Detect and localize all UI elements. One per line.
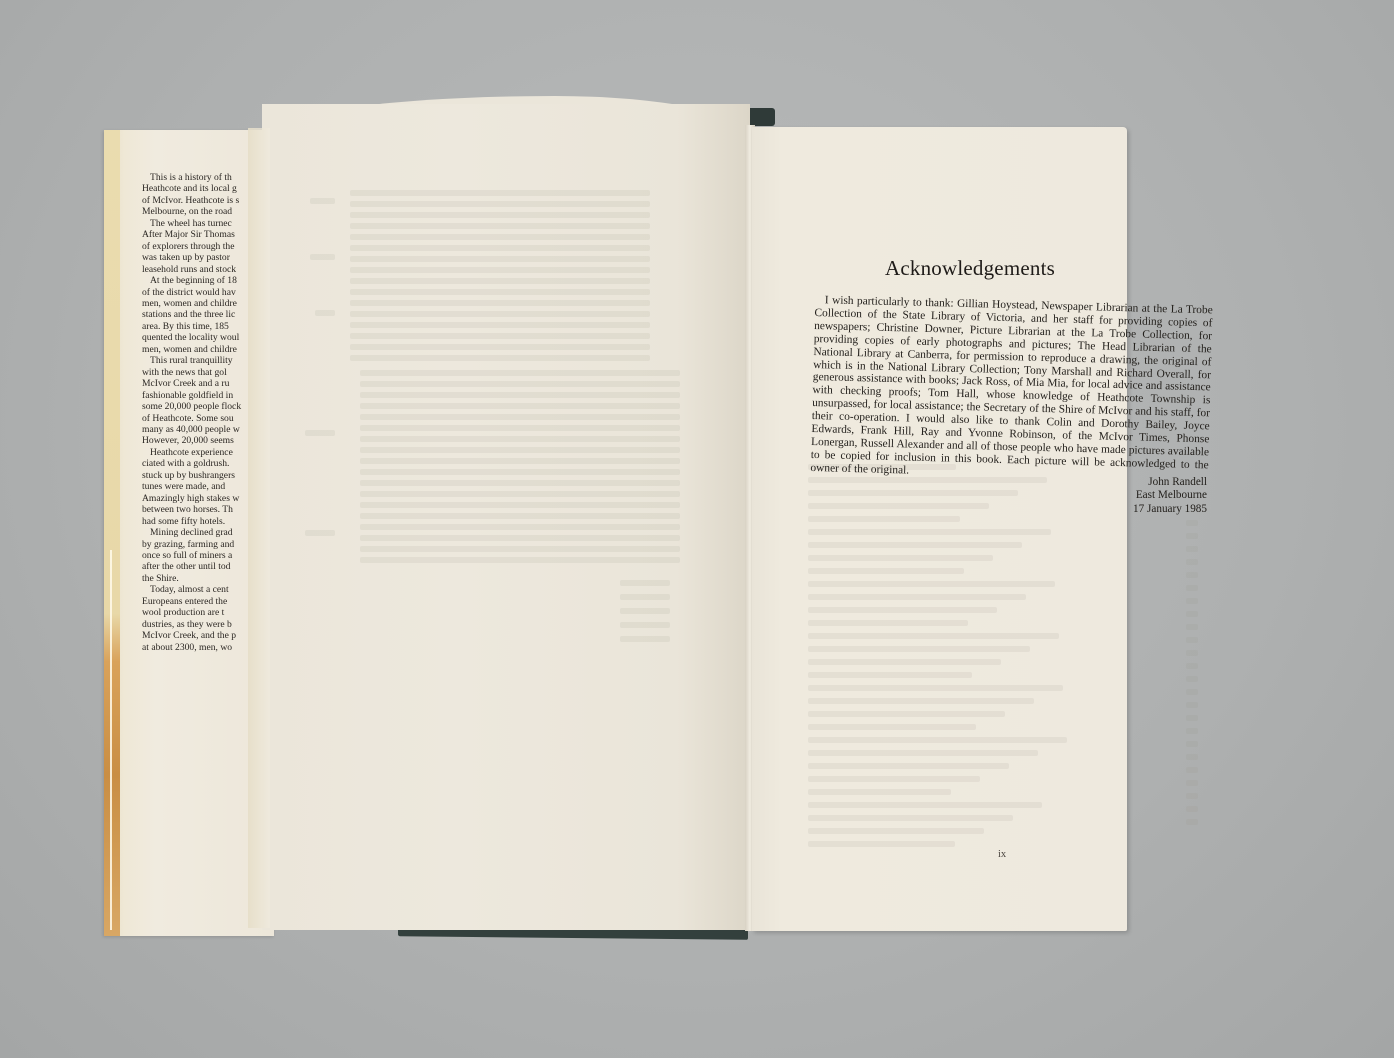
show-through-line: [360, 535, 680, 541]
jacket-text-line: stuck up by bushrangers: [142, 470, 252, 481]
show-through-line: [360, 502, 680, 508]
jacket-text-line: after the other until tod: [142, 561, 252, 572]
show-through-line: [808, 698, 1034, 704]
show-through-line: [350, 289, 650, 295]
show-through-line: [360, 458, 680, 464]
show-through-line: [1186, 780, 1198, 786]
jacket-text-line: men, women and childre: [142, 344, 252, 355]
show-through-line: [350, 300, 650, 306]
show-through-line: [350, 212, 650, 218]
jacket-text-line: of explorers through the: [142, 241, 252, 252]
show-through-line: [350, 245, 650, 251]
show-through-line: [808, 542, 1022, 548]
jacket-text-line: At the beginning of 18: [142, 275, 252, 286]
show-through-line: [808, 646, 1030, 652]
jacket-text-line: Heathcote experience: [142, 447, 252, 458]
show-through-line: [350, 344, 650, 350]
show-through-line: [1186, 806, 1198, 812]
show-through-line: [808, 711, 1005, 717]
jacket-text-line: Heathcote and its local g: [142, 183, 252, 194]
show-through-line: [808, 776, 980, 782]
jacket-text-line: area. By this time, 185: [142, 321, 252, 332]
show-through-line: [310, 254, 335, 260]
signature-date: 17 January 1985: [1090, 503, 1207, 516]
show-through-line: [350, 278, 650, 284]
page-title: Acknowledgements: [752, 256, 1188, 281]
show-through-line: [350, 201, 650, 207]
jacket-text-line: ciated with a goldrush.: [142, 458, 252, 469]
signature-block: John Randell East Melbourne 17 January 1…: [1090, 476, 1207, 516]
show-through-line: [620, 636, 670, 642]
show-through-line: [1186, 767, 1198, 773]
jacket-text-line: once so full of miners a: [142, 550, 252, 561]
show-through-line: [1186, 585, 1198, 591]
jacket-text-line: The wheel has turnec: [142, 218, 252, 229]
jacket-text-line: by grazing, farming and: [142, 539, 252, 550]
show-through-line: [350, 355, 650, 361]
show-through-line: [808, 750, 1038, 756]
show-through-line: [310, 198, 335, 204]
show-through-line: [360, 546, 680, 552]
jacket-text-line: This rural tranquillity: [142, 355, 252, 366]
show-through-line: [808, 594, 1026, 600]
show-through-line: [360, 370, 680, 376]
show-through-line: [360, 392, 680, 398]
show-through-line: [360, 557, 680, 563]
show-through-line: [1186, 611, 1198, 617]
show-through-line: [620, 594, 670, 600]
show-through-line: [808, 503, 989, 509]
jacket-text-line: Melbourne, on the road: [142, 206, 252, 217]
jacket-text-line: This is a history of th: [142, 172, 252, 183]
show-through-line: [1186, 689, 1198, 695]
jacket-text-line: stations and the three lic: [142, 309, 252, 320]
show-through-line: [1186, 741, 1198, 747]
show-through-line: [808, 516, 960, 522]
jacket-text-line: with the news that gol: [142, 367, 252, 378]
jacket-text-line: was taken up by pastor: [142, 252, 252, 263]
show-through-line: [350, 223, 650, 229]
jacket-text-line: quented the locality woul: [142, 332, 252, 343]
jacket-text-line: dustries, as they were b: [142, 619, 252, 630]
show-through-line: [1186, 663, 1198, 669]
show-through-line: [350, 234, 650, 240]
jacket-edge-gloss: [110, 550, 112, 930]
show-through-line: [1186, 715, 1198, 721]
show-through-line: [1186, 702, 1198, 708]
show-through-line: [808, 659, 1001, 665]
jacket-text-line: McIvor Creek and a ru: [142, 378, 252, 389]
show-through-line: [808, 490, 1018, 496]
jacket-text-line: Today, almost a cent: [142, 584, 252, 595]
show-through-line: [360, 447, 680, 453]
author-name: John Randell: [1090, 476, 1207, 489]
jacket-text-line: at about 2300, men, wo: [142, 642, 252, 653]
show-through-line: [1186, 572, 1198, 578]
show-through-line: [808, 672, 972, 678]
page-number: ix: [998, 849, 1006, 860]
acknowledgements-paragraph: I wish particularly to thank: Gillian Ho…: [810, 294, 1213, 485]
jacket-text-line: had some fifty hotels.: [142, 516, 252, 527]
show-through-line: [305, 430, 335, 436]
show-through-line: [360, 524, 680, 530]
show-through-line: [1186, 650, 1198, 656]
show-through-line: [808, 737, 1067, 743]
show-through-line: [808, 607, 997, 613]
show-through-line: [360, 403, 680, 409]
show-through-line: [808, 529, 1051, 535]
author-place: East Melbourne: [1090, 489, 1207, 502]
show-through-line: [808, 620, 968, 626]
show-through-line: [808, 633, 1059, 639]
show-through-line: [1186, 598, 1198, 604]
jacket-text-line: However, 20,000 seems: [142, 435, 252, 446]
show-through-line: [1186, 676, 1198, 682]
tape-strip: [248, 128, 270, 928]
jacket-text-line: of Heathcote. Some sou: [142, 413, 252, 424]
show-through-line: [808, 789, 951, 795]
jacket-text-line: Mining declined grad: [142, 527, 252, 538]
show-through-line: [1186, 533, 1198, 539]
jacket-stained-edge: [104, 130, 120, 936]
show-through-line: [360, 381, 680, 387]
show-through-line: [350, 311, 650, 317]
show-through-line: [350, 322, 650, 328]
show-through-line: [1186, 637, 1198, 643]
show-through-line: [350, 256, 650, 262]
jacket-text-line: wool production are t: [142, 607, 252, 618]
show-through-line: [808, 828, 984, 834]
show-through-line: [620, 580, 670, 586]
show-through-line: [1186, 819, 1198, 825]
jacket-text-line: men, women and childre: [142, 298, 252, 309]
show-through-line: [808, 802, 1042, 808]
show-through-line: [360, 491, 680, 497]
show-through-line: [620, 608, 670, 614]
show-through-line: [808, 555, 993, 561]
show-through-line: [808, 815, 1013, 821]
jacket-text-line: the Shire.: [142, 573, 252, 584]
show-through-line: [808, 568, 964, 574]
show-through-line: [350, 333, 650, 339]
jacket-text-line: many as 40,000 people w: [142, 424, 252, 435]
jacket-text-line: some 20,000 people flock: [142, 401, 252, 412]
jacket-text-line: fashionable goldfield in: [142, 390, 252, 401]
show-through-line: [620, 622, 670, 628]
jacket-text-line: between two horses. Th: [142, 504, 252, 515]
show-through-line: [808, 581, 1055, 587]
show-through-line: [360, 513, 680, 519]
show-through-line: [1186, 624, 1198, 630]
jacket-text-line: of McIvor. Heathcote is s: [142, 195, 252, 206]
jacket-text-line: Amazingly high stakes w: [142, 493, 252, 504]
show-through-line: [305, 530, 335, 536]
jacket-text-line: After Major Sir Thomas: [142, 229, 252, 240]
show-through-line: [1186, 728, 1198, 734]
jacket-text-line: McIvor Creek, and the p: [142, 630, 252, 641]
show-through-line: [360, 480, 680, 486]
show-through-line: [360, 414, 680, 420]
show-through-line: [808, 685, 1063, 691]
show-through-line: [360, 436, 680, 442]
jacket-text-line: tunes were made, and: [142, 481, 252, 492]
show-through-line: [808, 841, 955, 847]
show-through-line: [360, 425, 680, 431]
show-through-line: [808, 763, 1009, 769]
show-through-line: [315, 310, 335, 316]
show-through-line: [360, 469, 680, 475]
jacket-text-line: of the district would hav: [142, 287, 252, 298]
show-through-line: [1186, 520, 1198, 526]
jacket-text-line: leasehold runs and stock: [142, 264, 252, 275]
jacket-flap-text: This is a history of thHeathcote and its…: [142, 172, 252, 653]
show-through-line: [350, 190, 650, 196]
show-through-line: [1186, 559, 1198, 565]
acknowledgements-body: I wish particularly to thank: Gillian Ho…: [810, 294, 1213, 485]
show-through-line: [1186, 546, 1198, 552]
show-through-line: [1186, 754, 1198, 760]
show-through-line: [350, 267, 650, 273]
show-through-line: [1186, 793, 1198, 799]
jacket-text-line: Europeans entered the: [142, 596, 252, 607]
show-through-line: [808, 724, 976, 730]
